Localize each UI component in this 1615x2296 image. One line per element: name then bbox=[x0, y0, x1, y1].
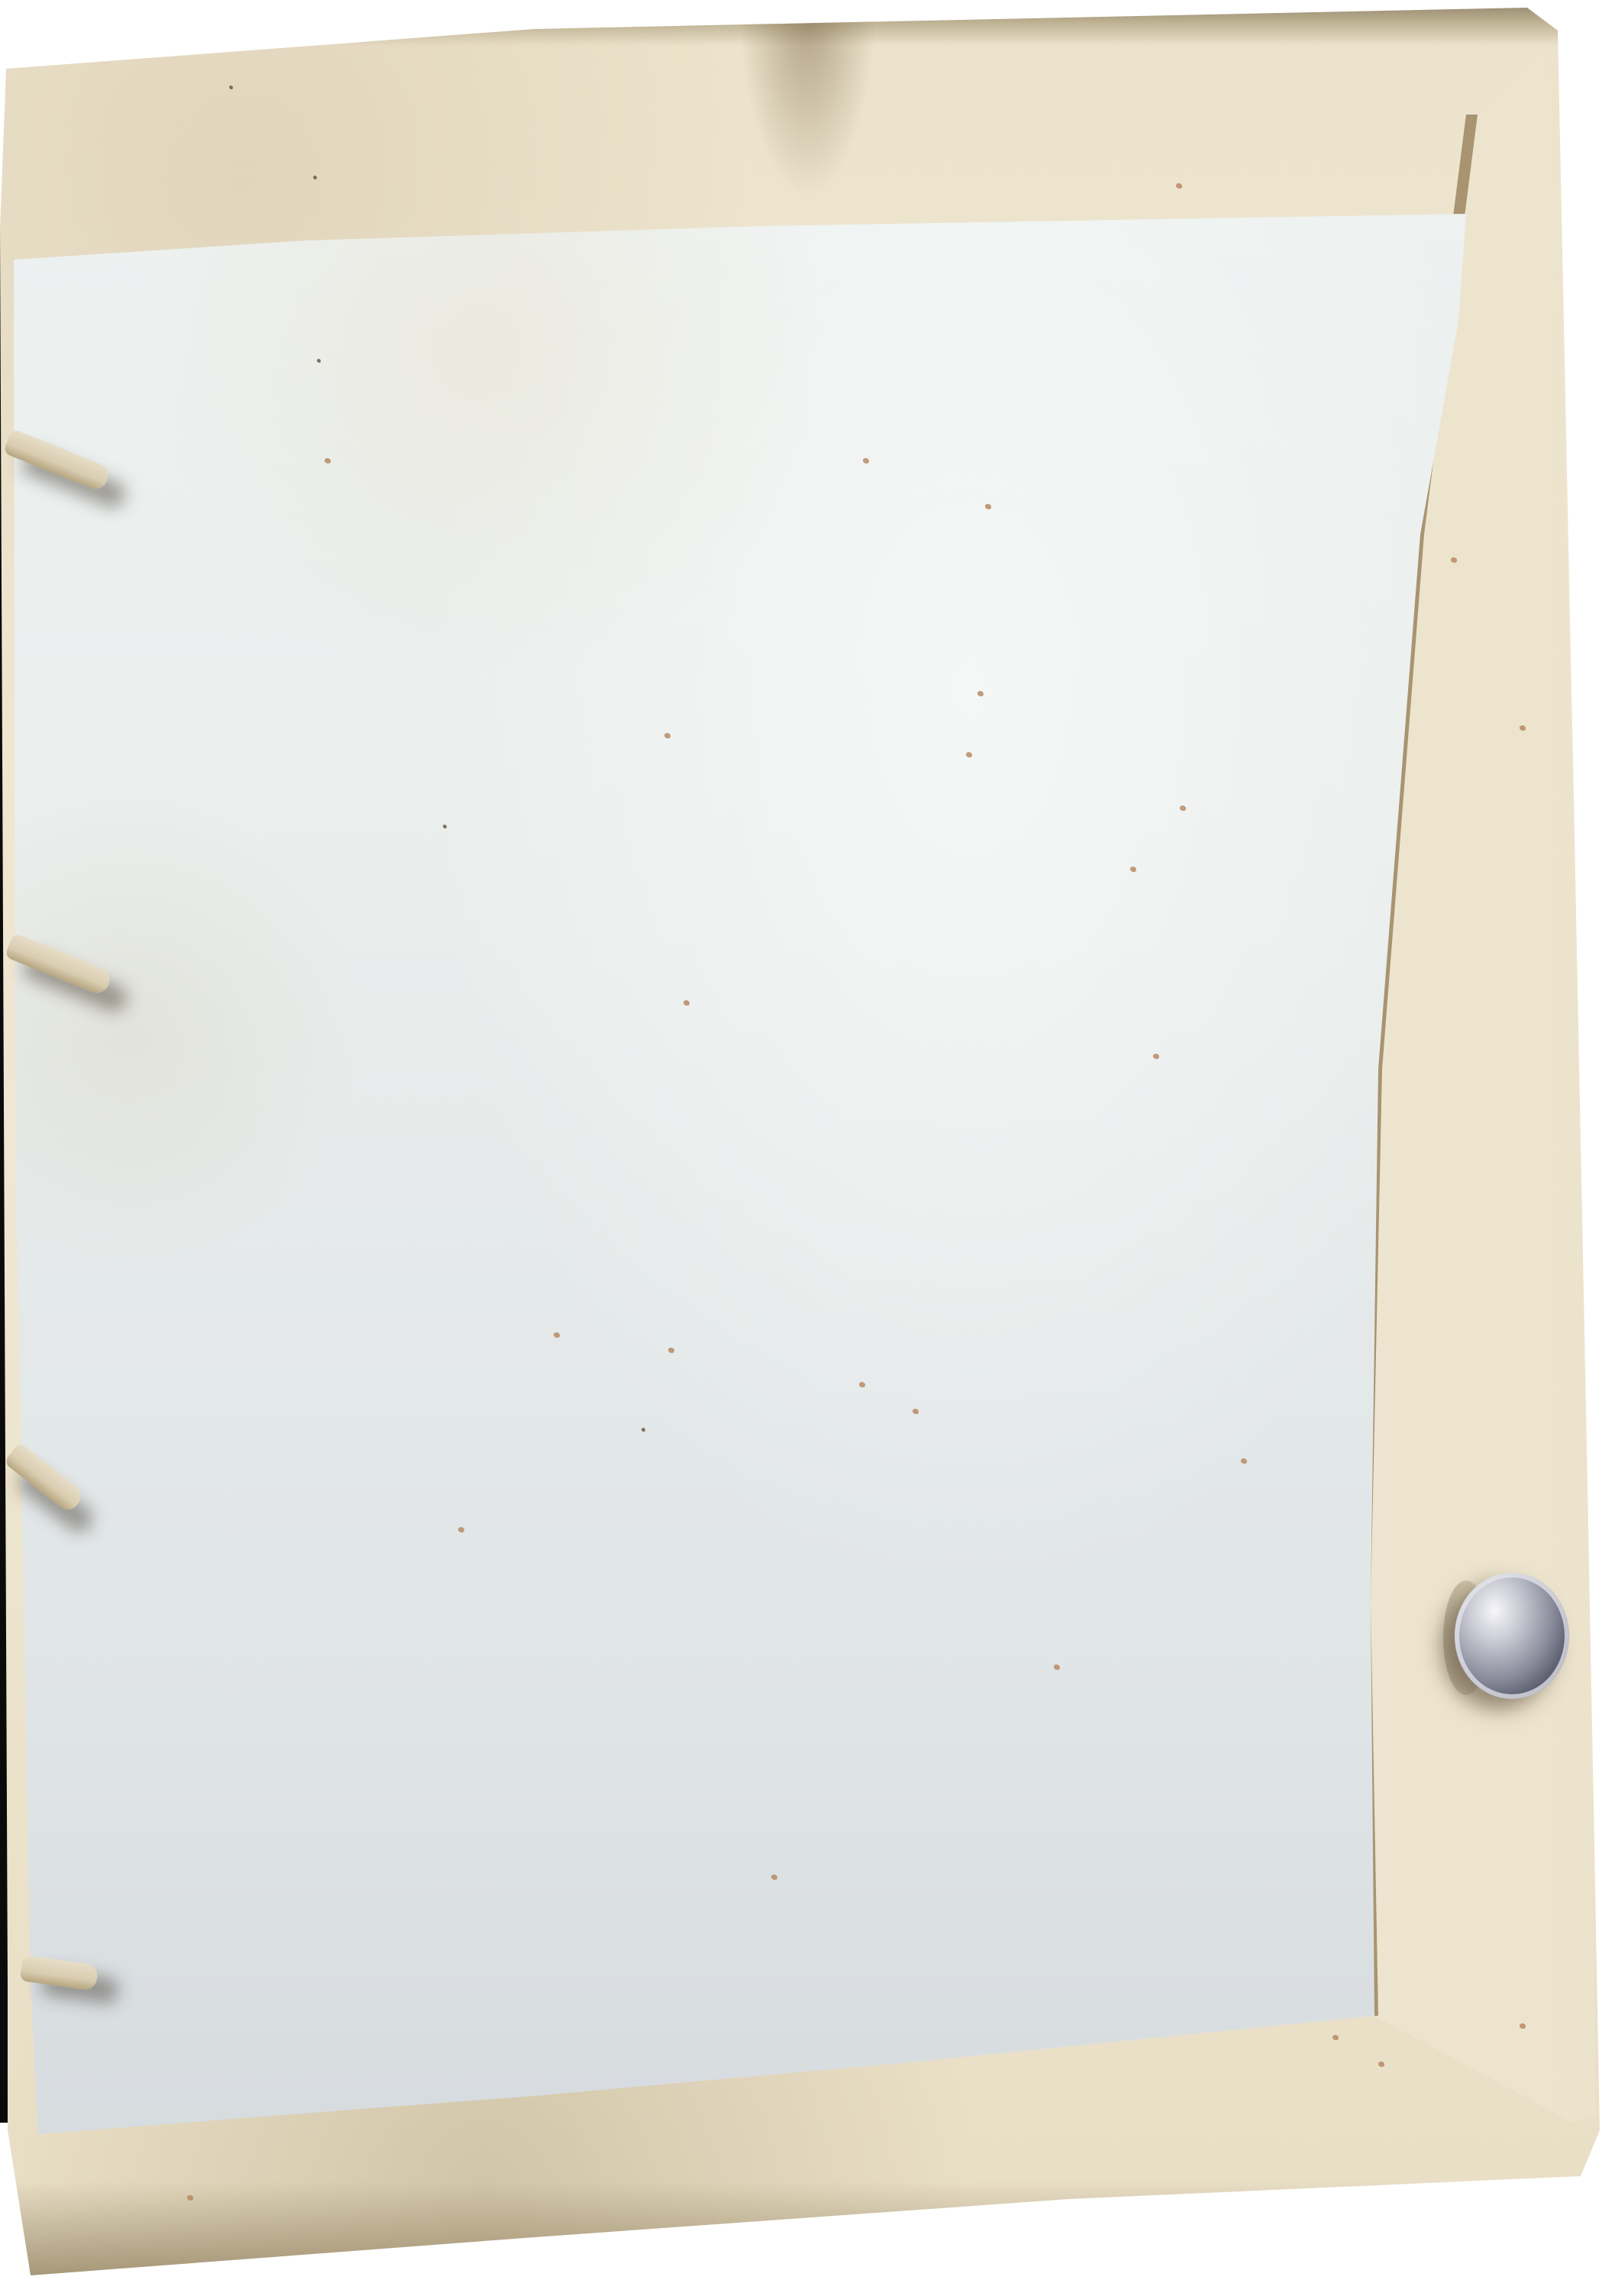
pastedown-sheet bbox=[0, 0, 1615, 2296]
book-cover-photo bbox=[0, 0, 1615, 2296]
metal-stud-icon bbox=[1455, 1573, 1569, 1699]
